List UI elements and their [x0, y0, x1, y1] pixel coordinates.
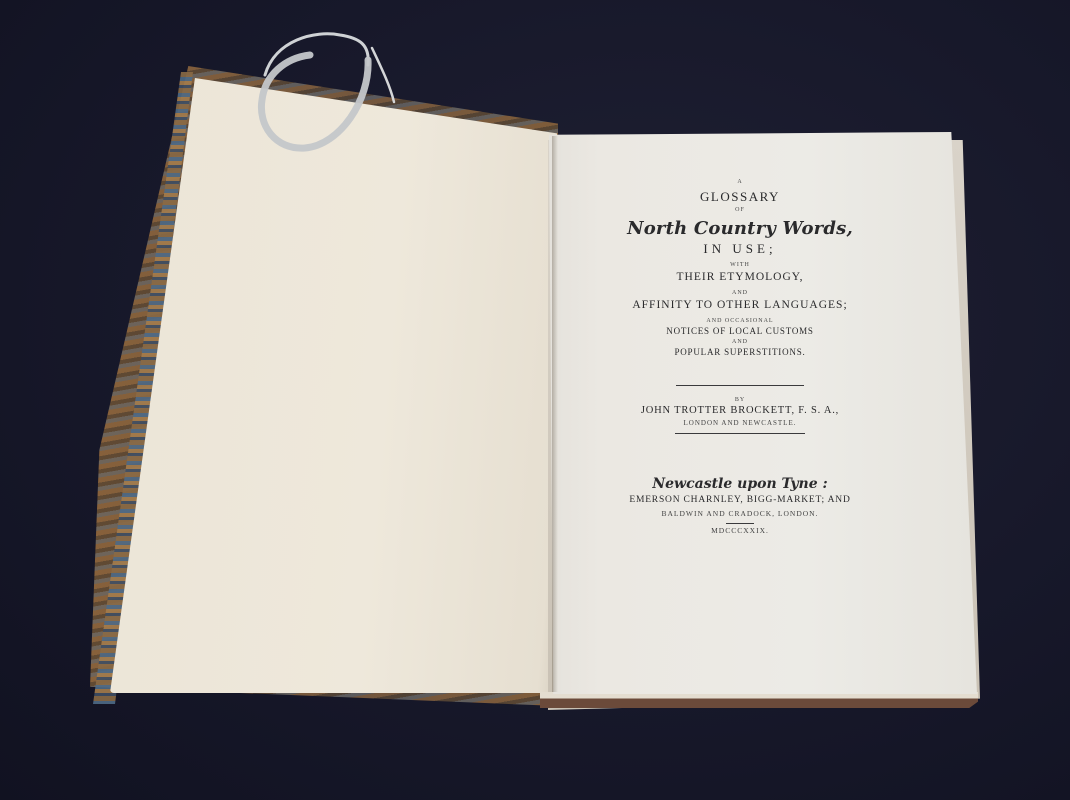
superstitions-line: POPULAR SUPERSTITIONS.: [590, 346, 890, 359]
notices-line: NOTICES OF LOCAL CUSTOMS: [590, 325, 890, 338]
author-location: LONDON AND NEWCASTLE.: [590, 417, 890, 429]
wire-bookmark-icon: [240, 10, 420, 160]
article-a: A: [590, 178, 890, 186]
book-gutter: [552, 136, 558, 692]
photo-scene: A GLOSSARY OF North Country Words, IN US…: [0, 0, 1070, 800]
publisher-line-1: EMERSON CHARNLEY, BIGG-MARKET; AND: [590, 494, 890, 507]
title-page-text: A GLOSSARY OF North Country Words, IN US…: [590, 178, 890, 538]
etymology-line: THEIR ETYMOLOGY,: [590, 269, 890, 285]
and-line-1: AND: [590, 289, 890, 297]
main-title: North Country Words,: [590, 217, 890, 241]
glossary-line: GLOSSARY: [590, 188, 890, 206]
publication-year: MDCCCXXIX.: [590, 524, 890, 538]
in-use-line: IN USE;: [590, 241, 890, 257]
page-bottom-edge: [540, 692, 978, 708]
author-name: JOHN TROTTER BROCKETT, F. S. A.,: [590, 404, 890, 417]
by-line: BY: [590, 396, 890, 404]
and-occasional-line: AND OCCASIONAL: [590, 317, 890, 325]
affinity-line: AFFINITY TO OTHER LANGUAGES;: [590, 297, 890, 313]
imprint-place: Newcastle upon Tyne :: [590, 474, 890, 494]
publisher-line-2: BALDWIN AND CRADOCK, LONDON.: [590, 507, 890, 521]
and-line-2: AND: [590, 338, 890, 346]
with-line: WITH: [590, 261, 890, 269]
of-line: OF: [590, 206, 890, 214]
